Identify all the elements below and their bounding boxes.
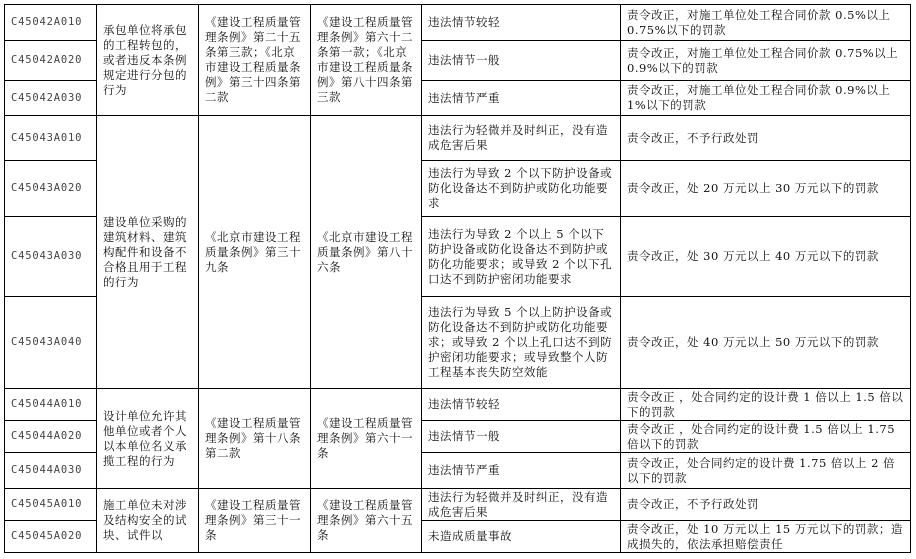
basis-cell: 《建设工程质量管理条例》第十八条第二款 bbox=[199, 389, 311, 489]
circumstance-cell: 违法情节一般 bbox=[422, 421, 621, 453]
circumstance-cell: 违法情节严重 bbox=[422, 81, 621, 116]
basis-cell: 《建设工程质量管理条例》第三十一条 bbox=[199, 489, 311, 553]
code-cell: C45043A040 bbox=[5, 297, 97, 389]
circumstance-cell: 违法行为导致 5 个以上防护设备或防化设备达不到防护或防化功能要求；或导致 2 … bbox=[422, 297, 621, 389]
circumstance-cell: 违法情节一般 bbox=[422, 41, 621, 81]
standard-cell: 责令改正 ，处合同约定的设计费 1.5 倍以上 1.75 倍以下的罚款 bbox=[621, 421, 911, 453]
code-cell: C45042A020 bbox=[5, 41, 97, 81]
circumstance-cell: 违法行为导致 2 个以上 5 个以下防护设备或防化设备达不到防护或防化功能要求；… bbox=[422, 217, 621, 297]
table-row: C45045A010 施工单位未对涉及结构安全的试块、试件以 《建设工程质量管理… bbox=[5, 489, 911, 521]
circumstance-cell: 违法行为轻微并及时纠正，没有造成危害后果 bbox=[422, 116, 621, 161]
code-cell: C45044A010 bbox=[5, 389, 97, 421]
table-row: C45043A010 建设单位采购的建筑材料、建筑构配件和设备不合格且用于工程的… bbox=[5, 116, 911, 161]
behavior-cell: 承包单位将承包的工程转包的，或者违反本条例规定进行分包的行为 bbox=[97, 5, 199, 116]
standard-cell: 责令改正，处 20 万元以上 30 万元以下的罚款 bbox=[621, 161, 911, 217]
circumstance-cell: 违法行为轻微并及时纠正，没有造成危害后果 bbox=[422, 489, 621, 521]
circumstance-cell: 违法情节较轻 bbox=[422, 389, 621, 421]
penalty-basis-cell: 《北京市建设工程质量条例》第八十六条 bbox=[311, 116, 422, 389]
code-cell: C45044A030 bbox=[5, 453, 97, 489]
penalty-basis-cell: 《建设工程质量管理条例》第六十五条 bbox=[311, 489, 422, 553]
behavior-cell: 设计单位允许其他单位或者个人以本单位名义承揽工程的行为 bbox=[97, 389, 199, 489]
code-cell: C45043A010 bbox=[5, 116, 97, 161]
penalty-basis-cell: 《建设工程质量管理条例》第六十一条 bbox=[311, 389, 422, 489]
basis-cell: 《北京市建设工程质量条例》第三十九条 bbox=[199, 116, 311, 389]
code-cell: C45042A030 bbox=[5, 81, 97, 116]
standard-cell: 责令改正，对施工单位处工程合同价款 0.5%以上 0.75%以下的罚款 bbox=[621, 5, 911, 41]
standard-cell: 责令改正，处 30 万元以上 40 万元以下的罚款 bbox=[621, 217, 911, 297]
standard-cell: 责令改正，对施工单位处工程合同价款 0.9%以上 1%以下的罚款 bbox=[621, 81, 911, 116]
behavior-cell: 施工单位未对涉及结构安全的试块、试件以 bbox=[97, 489, 199, 553]
standard-cell: 责令改正，处 40 万元以上 50 万元以下的罚款 bbox=[621, 297, 911, 389]
penalty-basis-cell: 《建设工程质量管理条例》第六十二条第一款；《北京市建设工程质量条例》第八十四条第… bbox=[311, 5, 422, 116]
code-cell: C45043A020 bbox=[5, 161, 97, 217]
standard-cell: 责令改正，处 10 万元以上 15 万元以下的罚款；造成损失的，依法承担赔偿责任 bbox=[621, 521, 911, 553]
basis-cell: 《建设工程质量管理条例》第二十五条第三款；《北京市建设工程质量条例》第三十四条第… bbox=[199, 5, 311, 116]
table-row: C45042A010 承包单位将承包的工程转包的，或者违反本条例规定进行分包的行… bbox=[5, 5, 911, 41]
table-row: C45044A010 设计单位允许其他单位或者个人以本单位名义承揽工程的行为 《… bbox=[5, 389, 911, 421]
circumstance-cell: 违法行为导致 2 个以下防护设备或防化设备达不到防护或防化功能要求 bbox=[422, 161, 621, 217]
standard-cell: 责令改正，对施工单位处工程合同价款 0.75%以上 0.9%以下的罚款 bbox=[621, 41, 911, 81]
circumstance-cell: 违法情节严重 bbox=[422, 453, 621, 489]
code-cell: C45043A030 bbox=[5, 217, 97, 297]
penalty-standards-table: C45042A010 承包单位将承包的工程转包的，或者违反本条例规定进行分包的行… bbox=[4, 4, 911, 553]
code-cell: C45045A020 bbox=[5, 521, 97, 553]
behavior-cell: 建设单位采购的建筑材料、建筑构配件和设备不合格且用于工程的行为 bbox=[97, 116, 199, 389]
circumstance-cell: 未造成质量事故 bbox=[422, 521, 621, 553]
standard-cell: 责令改正，不予行政处罚 bbox=[621, 116, 911, 161]
code-cell: C45044A020 bbox=[5, 421, 97, 453]
code-cell: C45045A010 bbox=[5, 489, 97, 521]
standard-cell: 责令改正 ，处合同约定的设计费 1 倍以上 1.5 倍以下的罚款 bbox=[621, 389, 911, 421]
standard-cell: 责令改正，不予行政处罚 bbox=[621, 489, 911, 521]
circumstance-cell: 违法情节较轻 bbox=[422, 5, 621, 41]
code-cell: C45042A010 bbox=[5, 5, 97, 41]
standard-cell: 责令改正，处合同约定的设计费 1.75 倍以上 2 倍以下的罚款 bbox=[621, 453, 911, 489]
